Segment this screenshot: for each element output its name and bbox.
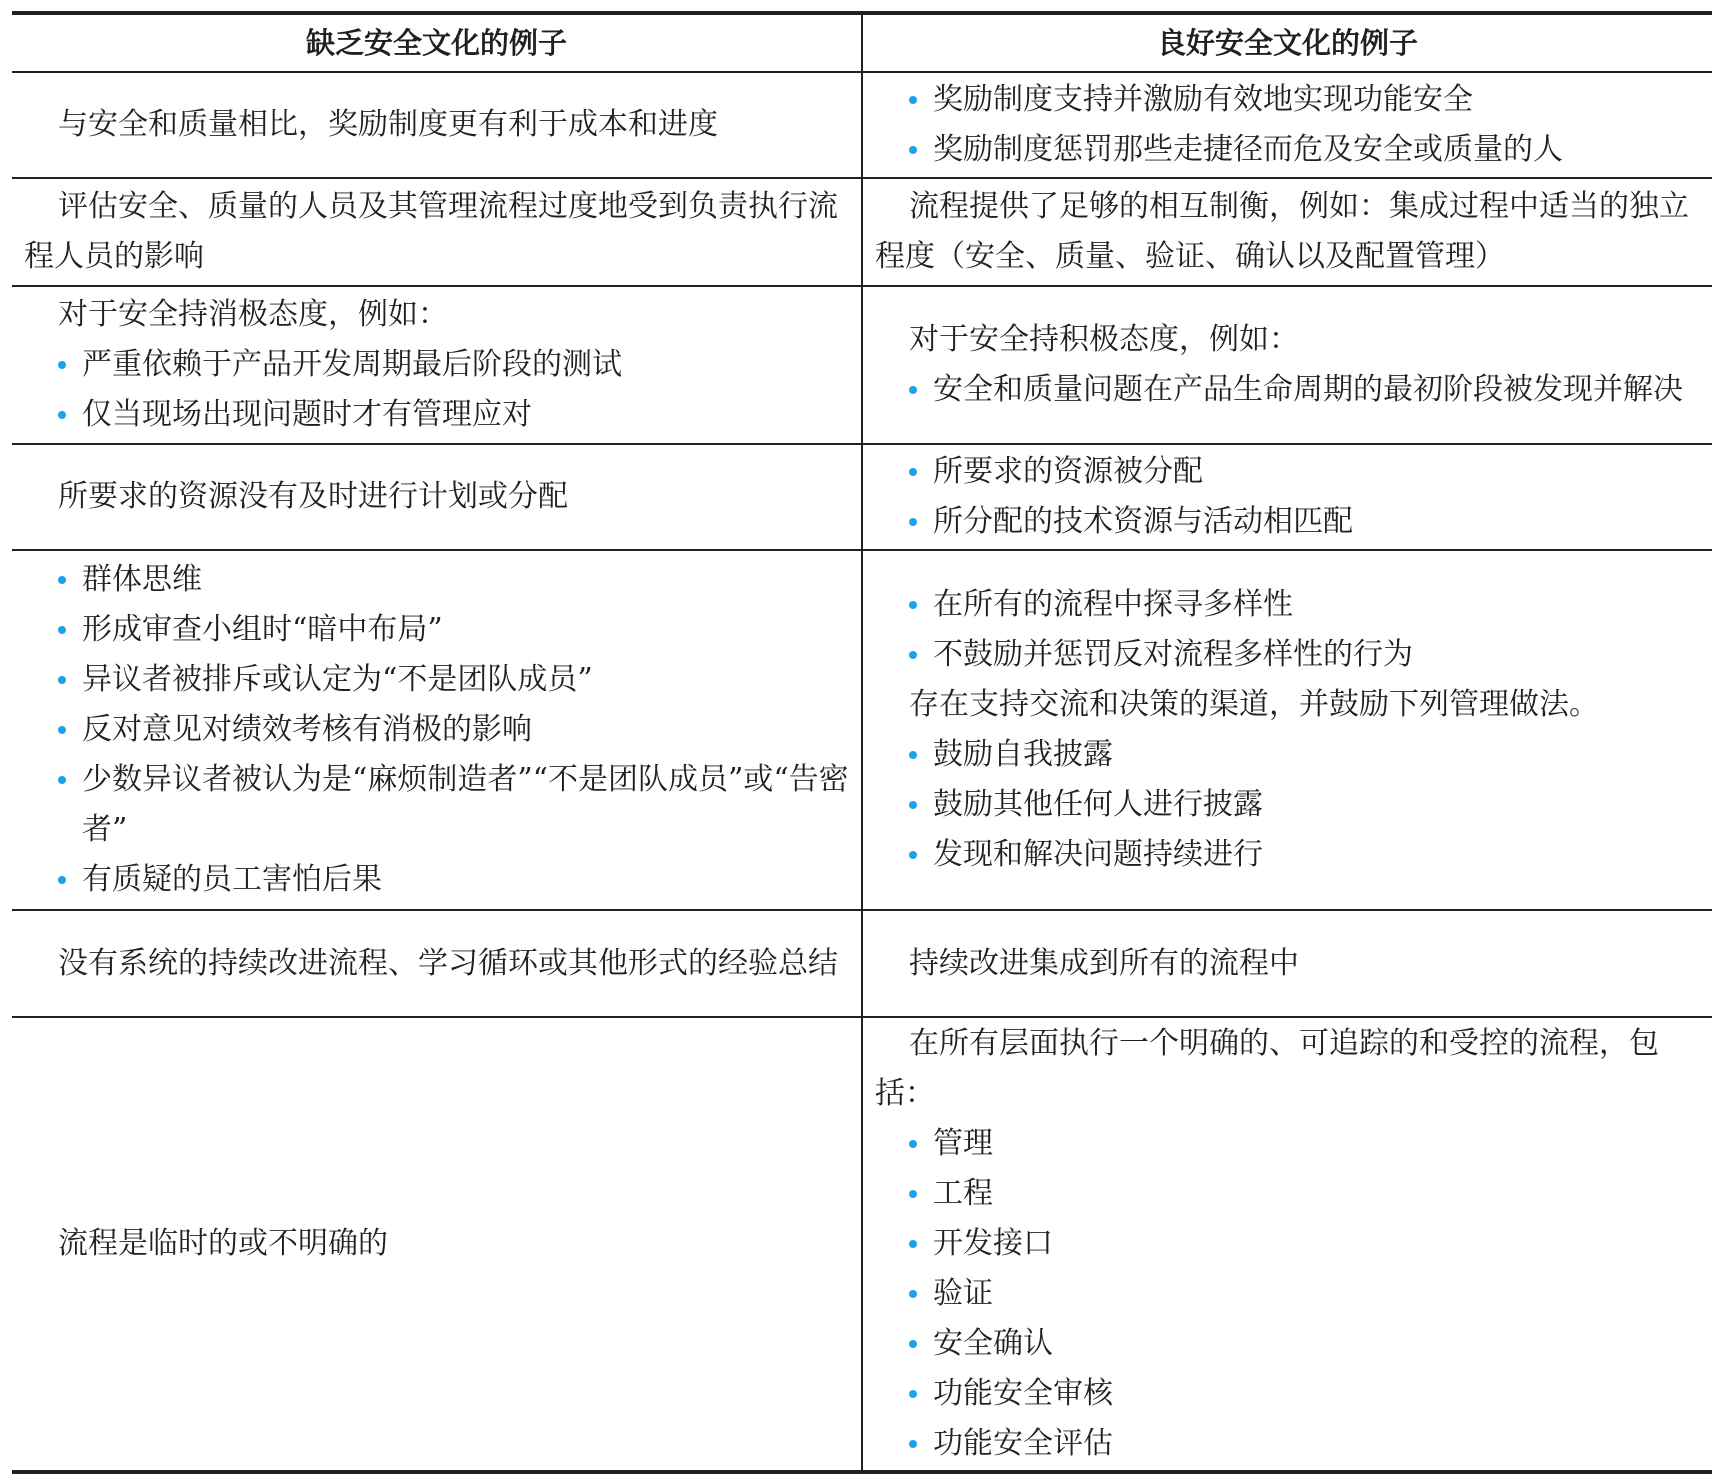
cell-good: 对于安全持积极态度，例如： 安全和质量问题在产品生命周期的最初阶段被发现并解决 bbox=[863, 287, 1712, 443]
table-row: 流程是临时的或不明确的 在所有层面执行一个明确的、可追踪的和受控的流程，包括： … bbox=[12, 1016, 1712, 1470]
header-label: 良好安全文化的例子 bbox=[1157, 18, 1418, 68]
cell-lacking: 与安全和质量相比，奖励制度更有利于成本和进度 bbox=[12, 73, 863, 177]
list-item-text: 所分配的技术资源与活动相匹配 bbox=[933, 504, 1353, 539]
table-row: 没有系统的持续改进流程、学习循环或其他形式的经验总结 持续改进集成到所有的流程中 bbox=[12, 909, 1712, 1016]
list-item: 奖励制度惩罚那些走捷径而危及安全或质量的人 bbox=[875, 125, 1700, 175]
list-item: 异议者被排斥或认定为“不是团队成员” bbox=[24, 655, 849, 705]
list-item-text: 验证 bbox=[933, 1276, 993, 1311]
list-item: 功能安全评估 bbox=[875, 1419, 1700, 1469]
cell-intro: 对于安全持积极态度，例如： bbox=[875, 315, 1700, 365]
list-item-text: 开发接口 bbox=[933, 1226, 1053, 1261]
list-item-text: 反对意见对绩效考核有消极的影响 bbox=[82, 712, 532, 747]
list-item-text: 安全和质量问题在产品生命周期的最初阶段被发现并解决 bbox=[933, 372, 1683, 407]
table-row: 对于安全持消极态度，例如： 严重依赖于产品开发周期最后阶段的测试 仅当现场出现问… bbox=[12, 285, 1712, 443]
list-item: 安全和质量问题在产品生命周期的最初阶段被发现并解决 bbox=[875, 365, 1700, 415]
list-item: 群体思维 bbox=[24, 555, 849, 605]
list-item: 所分配的技术资源与活动相匹配 bbox=[875, 497, 1700, 547]
cell-text: 存在支持交流和决策的渠道，并鼓励下列管理做法。 bbox=[875, 680, 1700, 730]
list-item-text: 奖励制度惩罚那些走捷径而危及安全或质量的人 bbox=[933, 132, 1563, 167]
cell-good: 在所有层面执行一个明确的、可追踪的和受控的流程，包括： 管理 工程 开发接口 验… bbox=[863, 1018, 1712, 1470]
safety-culture-table: 缺乏安全文化的例子 良好安全文化的例子 与安全和质量相比，奖励制度更有利于成本和… bbox=[12, 11, 1712, 1474]
bullet-icon bbox=[909, 146, 917, 154]
list-item-text: 管理 bbox=[933, 1126, 993, 1161]
list-item: 工程 bbox=[875, 1169, 1700, 1219]
bullet-icon bbox=[909, 801, 917, 809]
list-item: 不鼓励并惩罚反对流程多样性的行为 bbox=[875, 630, 1700, 680]
cell-lacking: 没有系统的持续改进流程、学习循环或其他形式的经验总结 bbox=[12, 911, 863, 1016]
header-label: 缺乏安全文化的例子 bbox=[306, 18, 567, 68]
list-item-text: 鼓励其他任何人进行披露 bbox=[933, 787, 1263, 822]
bullet-icon bbox=[58, 676, 66, 684]
list-item: 少数异议者被认为是“麻烦制造者”“不是团队成员”或“告密者” bbox=[24, 755, 849, 855]
bullet-icon bbox=[909, 851, 917, 859]
list-item-text: 功能安全评估 bbox=[933, 1426, 1113, 1461]
cell-intro: 在所有层面执行一个明确的、可追踪的和受控的流程，包括： bbox=[875, 1019, 1700, 1119]
list-item-text: 仅当现场出现问题时才有管理应对 bbox=[82, 397, 532, 432]
cell-good: 所要求的资源被分配 所分配的技术资源与活动相匹配 bbox=[863, 445, 1712, 549]
bullet-icon bbox=[909, 601, 917, 609]
bullet-icon bbox=[58, 776, 66, 784]
bullet-icon bbox=[909, 468, 917, 476]
bullet-icon bbox=[909, 1240, 917, 1248]
table-header-row: 缺乏安全文化的例子 良好安全文化的例子 bbox=[12, 15, 1712, 71]
table-row: 群体思维 形成审查小组时“暗中布局” 异议者被排斥或认定为“不是团队成员” 反对… bbox=[12, 549, 1712, 909]
list-item: 开发接口 bbox=[875, 1219, 1700, 1269]
header-good-culture: 良好安全文化的例子 bbox=[863, 15, 1712, 71]
list-item: 所要求的资源被分配 bbox=[875, 447, 1700, 497]
cell-lacking: 所要求的资源没有及时进行计划或分配 bbox=[12, 445, 863, 549]
cell-lacking: 流程是临时的或不明确的 bbox=[12, 1018, 863, 1470]
bullet-icon bbox=[909, 386, 917, 394]
bullet-icon bbox=[58, 626, 66, 634]
cell-good: 奖励制度支持并激励有效地实现功能安全 奖励制度惩罚那些走捷径而危及安全或质量的人 bbox=[863, 73, 1712, 177]
cell-text: 评估安全、质量的人员及其管理流程过度地受到负责执行流程人员的影响 bbox=[24, 182, 849, 282]
list-item-text: 安全确认 bbox=[933, 1326, 1053, 1361]
list-item-text: 所要求的资源被分配 bbox=[933, 454, 1203, 489]
cell-text: 流程是临时的或不明确的 bbox=[24, 1219, 849, 1269]
table-row: 与安全和质量相比，奖励制度更有利于成本和进度 奖励制度支持并激励有效地实现功能安… bbox=[12, 71, 1712, 177]
list-item-text: 异议者被排斥或认定为“不是团队成员” bbox=[82, 662, 593, 697]
bullet-icon bbox=[909, 1140, 917, 1148]
list-item: 在所有的流程中探寻多样性 bbox=[875, 580, 1700, 630]
list-item: 反对意见对绩效考核有消极的影响 bbox=[24, 705, 849, 755]
bullet-icon bbox=[58, 411, 66, 419]
bullet-icon bbox=[58, 576, 66, 584]
bullet-icon bbox=[909, 1190, 917, 1198]
bullet-icon bbox=[909, 1390, 917, 1398]
cell-intro: 对于安全持消极态度，例如： bbox=[24, 290, 849, 340]
bullet-icon bbox=[58, 726, 66, 734]
list-item: 形成审查小组时“暗中布局” bbox=[24, 605, 849, 655]
bullet-icon bbox=[909, 1340, 917, 1348]
list-item-text: 少数异议者被认为是“麻烦制造者”“不是团队成员”或“告密者” bbox=[82, 762, 849, 847]
bullet-icon bbox=[909, 751, 917, 759]
cell-text: 持续改进集成到所有的流程中 bbox=[875, 939, 1700, 989]
list-item-text: 严重依赖于产品开发周期最后阶段的测试 bbox=[82, 347, 622, 382]
list-item-text: 不鼓励并惩罚反对流程多样性的行为 bbox=[933, 637, 1413, 672]
cell-lacking: 对于安全持消极态度，例如： 严重依赖于产品开发周期最后阶段的测试 仅当现场出现问… bbox=[12, 287, 863, 443]
list-item-text: 鼓励自我披露 bbox=[933, 737, 1113, 772]
bullet-icon bbox=[58, 876, 66, 884]
list-item: 鼓励其他任何人进行披露 bbox=[875, 780, 1700, 830]
table-row: 所要求的资源没有及时进行计划或分配 所要求的资源被分配 所分配的技术资源与活动相… bbox=[12, 443, 1712, 549]
list-item: 鼓励自我披露 bbox=[875, 730, 1700, 780]
bullet-icon bbox=[909, 1440, 917, 1448]
list-item: 管理 bbox=[875, 1119, 1700, 1169]
list-item: 发现和解决问题持续进行 bbox=[875, 830, 1700, 880]
bullet-icon bbox=[909, 651, 917, 659]
list-item-text: 群体思维 bbox=[82, 562, 202, 597]
list-item: 安全确认 bbox=[875, 1319, 1700, 1369]
cell-lacking: 群体思维 形成审查小组时“暗中布局” 异议者被排斥或认定为“不是团队成员” 反对… bbox=[12, 551, 863, 909]
cell-good: 持续改进集成到所有的流程中 bbox=[863, 911, 1712, 1016]
list-item-text: 有质疑的员工害怕后果 bbox=[82, 862, 382, 897]
header-lacking-culture: 缺乏安全文化的例子 bbox=[12, 15, 863, 71]
cell-text: 没有系统的持续改进流程、学习循环或其他形式的经验总结 bbox=[24, 939, 849, 989]
list-item: 有质疑的员工害怕后果 bbox=[24, 855, 849, 905]
list-item-text: 奖励制度支持并激励有效地实现功能安全 bbox=[933, 82, 1473, 117]
list-item: 仅当现场出现问题时才有管理应对 bbox=[24, 390, 849, 440]
list-item-text: 工程 bbox=[933, 1176, 993, 1211]
list-item-text: 发现和解决问题持续进行 bbox=[933, 837, 1263, 872]
cell-lacking: 评估安全、质量的人员及其管理流程过度地受到负责执行流程人员的影响 bbox=[12, 179, 863, 285]
bullet-icon bbox=[909, 96, 917, 104]
cell-text: 流程提供了足够的相互制衡，例如：集成过程中适当的独立程度（安全、质量、验证、确认… bbox=[875, 182, 1700, 282]
list-item: 功能安全审核 bbox=[875, 1369, 1700, 1419]
cell-good: 流程提供了足够的相互制衡，例如：集成过程中适当的独立程度（安全、质量、验证、确认… bbox=[863, 179, 1712, 285]
bullet-icon bbox=[58, 361, 66, 369]
table-row: 评估安全、质量的人员及其管理流程过度地受到负责执行流程人员的影响 流程提供了足够… bbox=[12, 177, 1712, 285]
list-item-text: 功能安全审核 bbox=[933, 1376, 1113, 1411]
cell-good: 在所有的流程中探寻多样性 不鼓励并惩罚反对流程多样性的行为 存在支持交流和决策的… bbox=[863, 551, 1712, 909]
list-item: 验证 bbox=[875, 1269, 1700, 1319]
list-item-text: 在所有的流程中探寻多样性 bbox=[933, 587, 1293, 622]
list-item-text: 形成审查小组时“暗中布局” bbox=[82, 612, 443, 647]
cell-text: 所要求的资源没有及时进行计划或分配 bbox=[24, 472, 849, 522]
bullet-icon bbox=[909, 518, 917, 526]
bullet-icon bbox=[909, 1290, 917, 1298]
list-item: 严重依赖于产品开发周期最后阶段的测试 bbox=[24, 340, 849, 390]
cell-text: 与安全和质量相比，奖励制度更有利于成本和进度 bbox=[24, 100, 849, 150]
list-item: 奖励制度支持并激励有效地实现功能安全 bbox=[875, 75, 1700, 125]
